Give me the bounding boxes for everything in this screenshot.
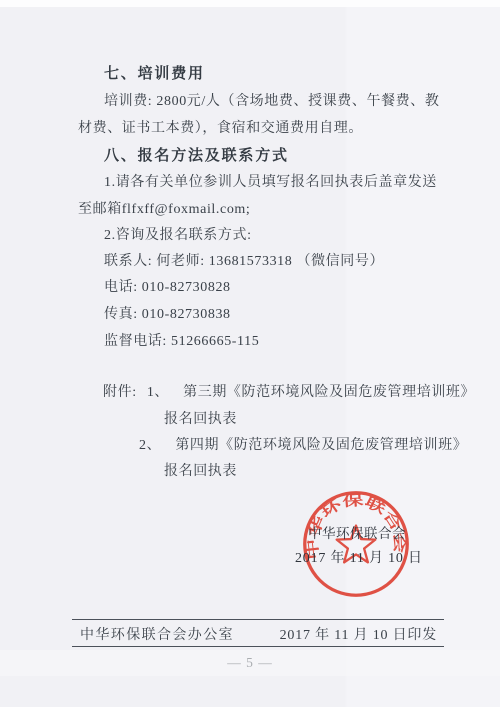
footer-rule-bottom: [72, 646, 444, 647]
section8-heading: 八、报名方法及联系方式: [104, 146, 289, 165]
footer-rule-top: [72, 619, 444, 620]
scan-edge-artifact: [0, 0, 500, 7]
fee-paragraph-line1: 培训费: 2800元/人（含场地费、授课费、午餐费、教: [104, 92, 439, 111]
register-instruction-line2-email: 至邮箱flfxff@foxmail.com;: [78, 200, 250, 219]
fee-paragraph-line2: 材费、证书工本费），食宿和交通费用自理。: [78, 119, 363, 138]
footer-issuing-office: 中华环保联合会办公室: [80, 626, 234, 645]
signature-date: 2017 年 11 月 10 日: [295, 547, 423, 567]
footer-print-date: 2017 年 11 月 10 日印发: [280, 626, 437, 645]
attachment-item-1: 附件: 1、 第三期《防范环境风险及固危废管理培训班》: [103, 383, 475, 402]
phone-line: 电话: 010-82730828: [104, 278, 231, 297]
consult-heading-line: 2.咨询及报名联系方式:: [104, 226, 252, 245]
section7-heading: 七、培训费用: [104, 64, 205, 83]
fax-line: 传真: 010-82730838: [104, 305, 231, 324]
signature-organization: 中华环保联合会: [308, 522, 406, 542]
official-seal: 中华环保联合会: [298, 486, 414, 602]
attachments-label: 附件:: [103, 385, 137, 400]
register-instruction-line1: 1.请各有关单位参训人员填写报名回执表后盖章发送: [104, 173, 437, 192]
document-page: 七、培训费用 培训费: 2800元/人（含场地费、授课费、午餐费、教 材费、证书…: [0, 0, 500, 707]
supervision-phone-line: 监督电话: 51266665-115: [104, 332, 259, 351]
page-number: — 5 —: [0, 655, 500, 671]
attachment-item-2: 2、 第四期《防范环境风险及固危废管理培训班》: [139, 436, 467, 455]
attachment-1-number: 1、: [147, 385, 169, 400]
attachment-2-subtitle: 报名回执表: [164, 462, 237, 481]
attachment-1-subtitle: 报名回执表: [164, 410, 237, 429]
contact-person-line: 联系人: 何老师: 13681573318 （微信同号）: [104, 252, 384, 271]
attachment-2-title: 第四期《防范环境风险及固危废管理培训班》: [175, 438, 467, 453]
attachment-2-number: 2、: [139, 438, 161, 453]
attachment-1-title: 第三期《防范环境风险及固危废管理培训班》: [183, 385, 475, 400]
